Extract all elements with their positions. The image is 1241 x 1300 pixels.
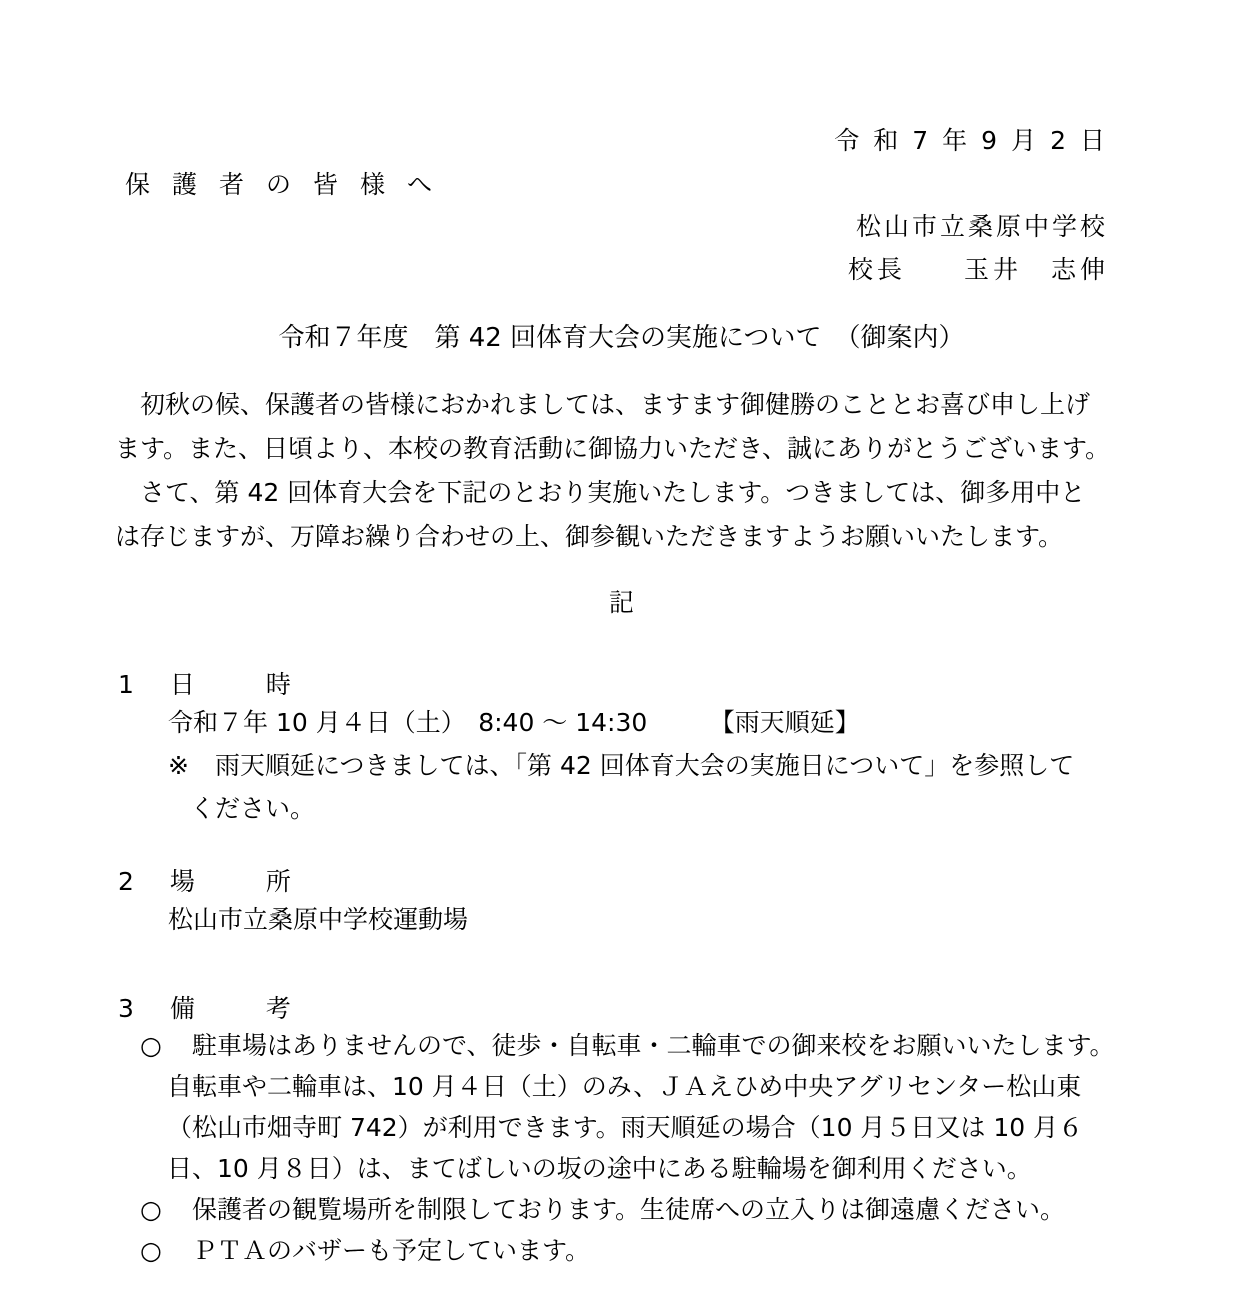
- section-notes-heading: 3備 考: [115, 993, 1128, 1025]
- circle-bullet-icon: ○: [140, 1189, 165, 1230]
- list-item: ○保護者の観覧場所を制限しております。生徒席への立入りは御遠慮ください。: [115, 1189, 1128, 1230]
- greeting-line: 初秋の候、保護者の皆様におかれましては、ますます御健勝のこととお喜び申し上げ: [115, 383, 1128, 427]
- sender-school: 松山市立桑原中学校: [115, 212, 1128, 242]
- section-number: 2: [115, 866, 134, 898]
- section-datetime-heading: 1日 時: [115, 669, 1128, 701]
- document-body: 令和7年9月2日 保護者の皆様へ 松山市立桑原中学校 校長 玉井 志伸 令和７年…: [115, 0, 1128, 1271]
- list-item-continuation: 自転車や二輪車は、10 月４日（土）のみ、ＪＡえひめ中央アグリセンター松山東: [115, 1066, 1128, 1107]
- record-marker: 記: [115, 587, 1128, 619]
- greeting-line: さて、第 42 回体育大会を下記のとおり実施いたします。つきましては、御多用中と: [115, 471, 1128, 515]
- section-label: 場 所: [170, 867, 314, 896]
- weather-note-text: 雨天順延につきましては、「第 42 回体育大会の実施日について」を参照して: [215, 751, 1074, 780]
- section-label: 備 考: [170, 994, 314, 1023]
- issue-date: 令和7年9月2日: [115, 126, 1128, 156]
- list-item: ○駐車場はありませんので、徒歩・自転車・二輪車での御来校をお願いいたします。: [115, 1025, 1128, 1066]
- document-title: 令和７年度 第 42 回体育大会の実施について （御案内）: [115, 323, 1128, 353]
- circle-bullet-icon: ○: [140, 1025, 165, 1066]
- document-page: 令和7年9月2日 保護者の皆様へ 松山市立桑原中学校 校長 玉井 志伸 令和７年…: [0, 0, 1241, 1300]
- reference-mark-icon: ※: [168, 744, 193, 787]
- list-item: ○ＰＴＡのバザーも予定しています。: [115, 1230, 1128, 1271]
- greeting-line: は存じますが、万障お繰り合わせの上、御参観いただきますようお願いいたします。: [115, 515, 1128, 559]
- section-place-heading: 2場 所: [115, 866, 1128, 898]
- addressee: 保護者の皆様へ: [115, 170, 1128, 200]
- weather-note-line-1: ※雨天順延につきましては、「第 42 回体育大会の実施日について」を参照して: [115, 744, 1128, 787]
- section-label: 日 時: [170, 670, 314, 699]
- circle-bullet-icon: ○: [140, 1230, 165, 1271]
- list-item-continuation: 日、10 月８日）は、まてばしいの坂の途中にある駐輪場を御利用ください。: [115, 1148, 1128, 1189]
- event-datetime: 令和７年 10 月４日（土） 8:40 ～ 14:30 【雨天順延】: [115, 701, 1128, 744]
- list-item-text: 保護者の観覧場所を制限しております。生徒席への立入りは御遠慮ください。: [192, 1195, 1065, 1224]
- weather-note-line-2: ください。: [115, 787, 1128, 830]
- section-number: 3: [115, 993, 134, 1025]
- list-item-text: 駐車場はありませんので、徒歩・自転車・二輪車での御来校をお願いいたします。: [192, 1031, 1115, 1060]
- event-venue: 松山市立桑原中学校運動場: [115, 898, 1128, 941]
- list-item-continuation: （松山市畑寺町 742）が利用できます。雨天順延の場合（10 月５日又は 10 …: [115, 1107, 1128, 1148]
- sender-principal: 校長 玉井 志伸: [115, 255, 1128, 285]
- section-number: 1: [115, 669, 134, 701]
- list-item-text: ＰＴＡのバザーも予定しています。: [192, 1236, 590, 1265]
- greeting-paragraph: 初秋の候、保護者の皆様におかれましては、ますます御健勝のこととお喜び申し上げ ま…: [115, 383, 1128, 559]
- greeting-line: ます。また、日頃より、本校の教育活動に御協力いただき、誠にありがとうございます。: [115, 427, 1128, 471]
